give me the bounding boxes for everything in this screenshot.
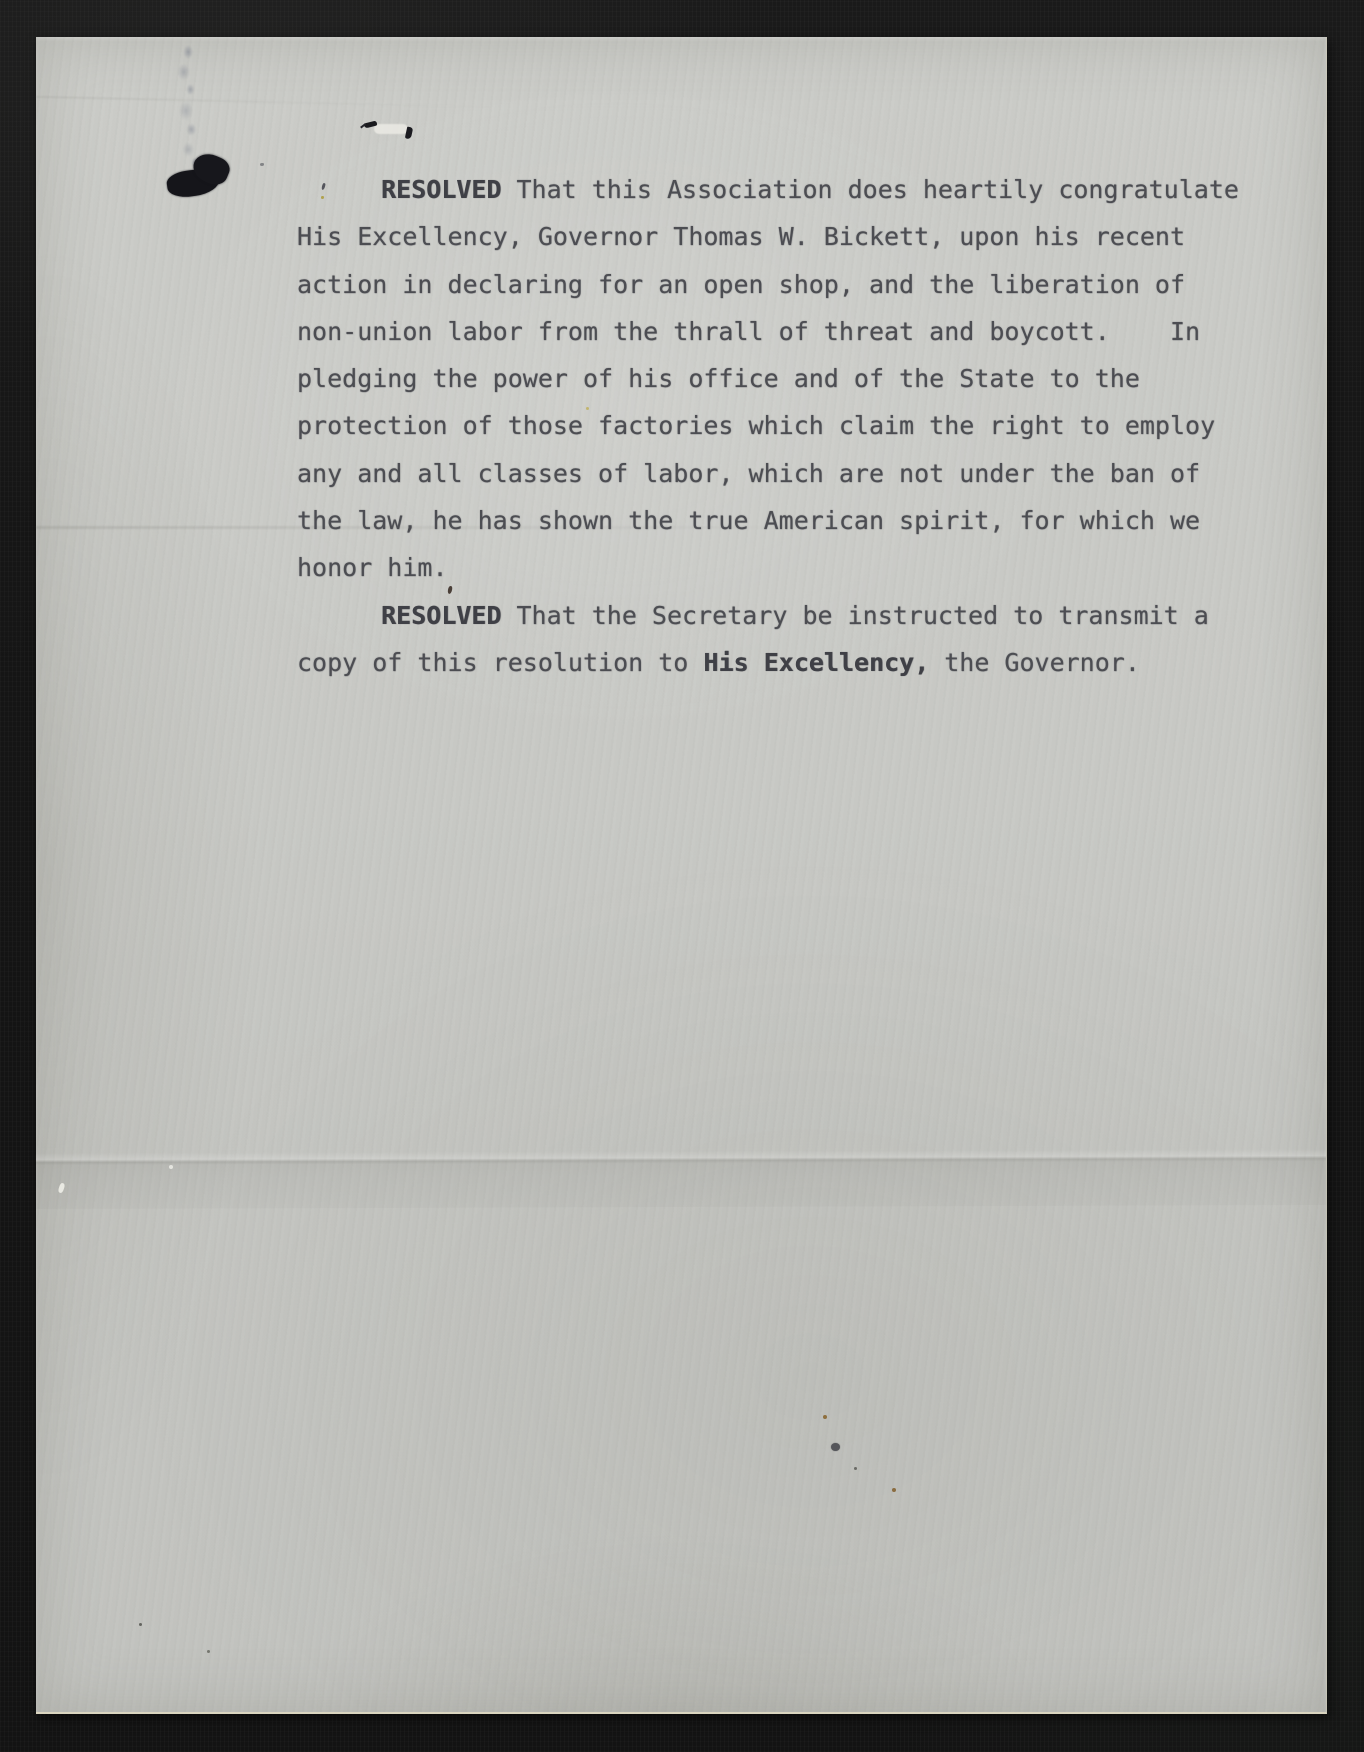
text-segment: protection of those factories which clai… [297,411,1215,440]
stain-dot [854,1467,857,1470]
paper-scratch [374,124,408,134]
paper-fold-crease [36,96,496,108]
text-line: His Excellency, Governor Thomas W. Bicke… [297,213,1277,260]
stain-dot [139,1623,142,1626]
text-segment: pledging the power of his office and of … [297,364,1140,393]
ink-mark [405,127,413,140]
text-segment: His Excellency, Governor Thomas W. Bicke… [297,222,1185,251]
text-line: non-union labor from the thrall of threa… [297,308,1277,355]
text-segment: non-union labor from the thrall of threa… [297,317,1200,346]
text-line: the law, he has shown the true American … [297,497,1277,544]
stain-dot [207,1650,210,1653]
text-line: RESOLVED That this Association does hear… [297,166,1277,213]
stain-dot [831,1443,840,1451]
ink-fleck [260,163,264,166]
text-line: protection of those factories which clai… [297,402,1277,449]
text-line: any and all classes of labor, which are … [297,450,1277,497]
text-segment: His Excellency, [703,648,929,677]
text-line: RESOLVED That the Secretary be instructe… [297,592,1277,639]
paper-fold-crease [36,1149,1326,1209]
text-segment: That this Association does heartily cong… [501,175,1239,204]
text-segment: copy of this resolution to [297,648,703,677]
text-line: action in declaring for an open shop, an… [297,261,1277,308]
paper-scratch [169,1165,173,1169]
text-segment: the law, he has shown the true American … [297,506,1200,535]
text-line: pledging the power of his office and of … [297,355,1277,402]
text-segment: the Governor. [929,648,1140,677]
document-page: RESOLVED That this Association does hear… [36,37,1327,1714]
text-line: copy of this resolution to His Excellenc… [297,639,1277,686]
graphite-smudge [164,42,208,167]
text-line: honor him. [297,544,1277,591]
text-segment: RESOLVED [381,601,501,630]
text-segment: any and all classes of labor, which are … [297,459,1200,488]
text-segment: That the Secretary be instructed to tran… [501,601,1208,630]
document-text: RESOLVED That this Association does hear… [297,166,1277,686]
text-segment: RESOLVED [381,175,501,204]
text-segment: honor him. [297,553,448,582]
stain-dot [892,1488,896,1492]
stain-dot [823,1415,827,1419]
text-segment: action in declaring for an open shop, an… [297,270,1185,299]
